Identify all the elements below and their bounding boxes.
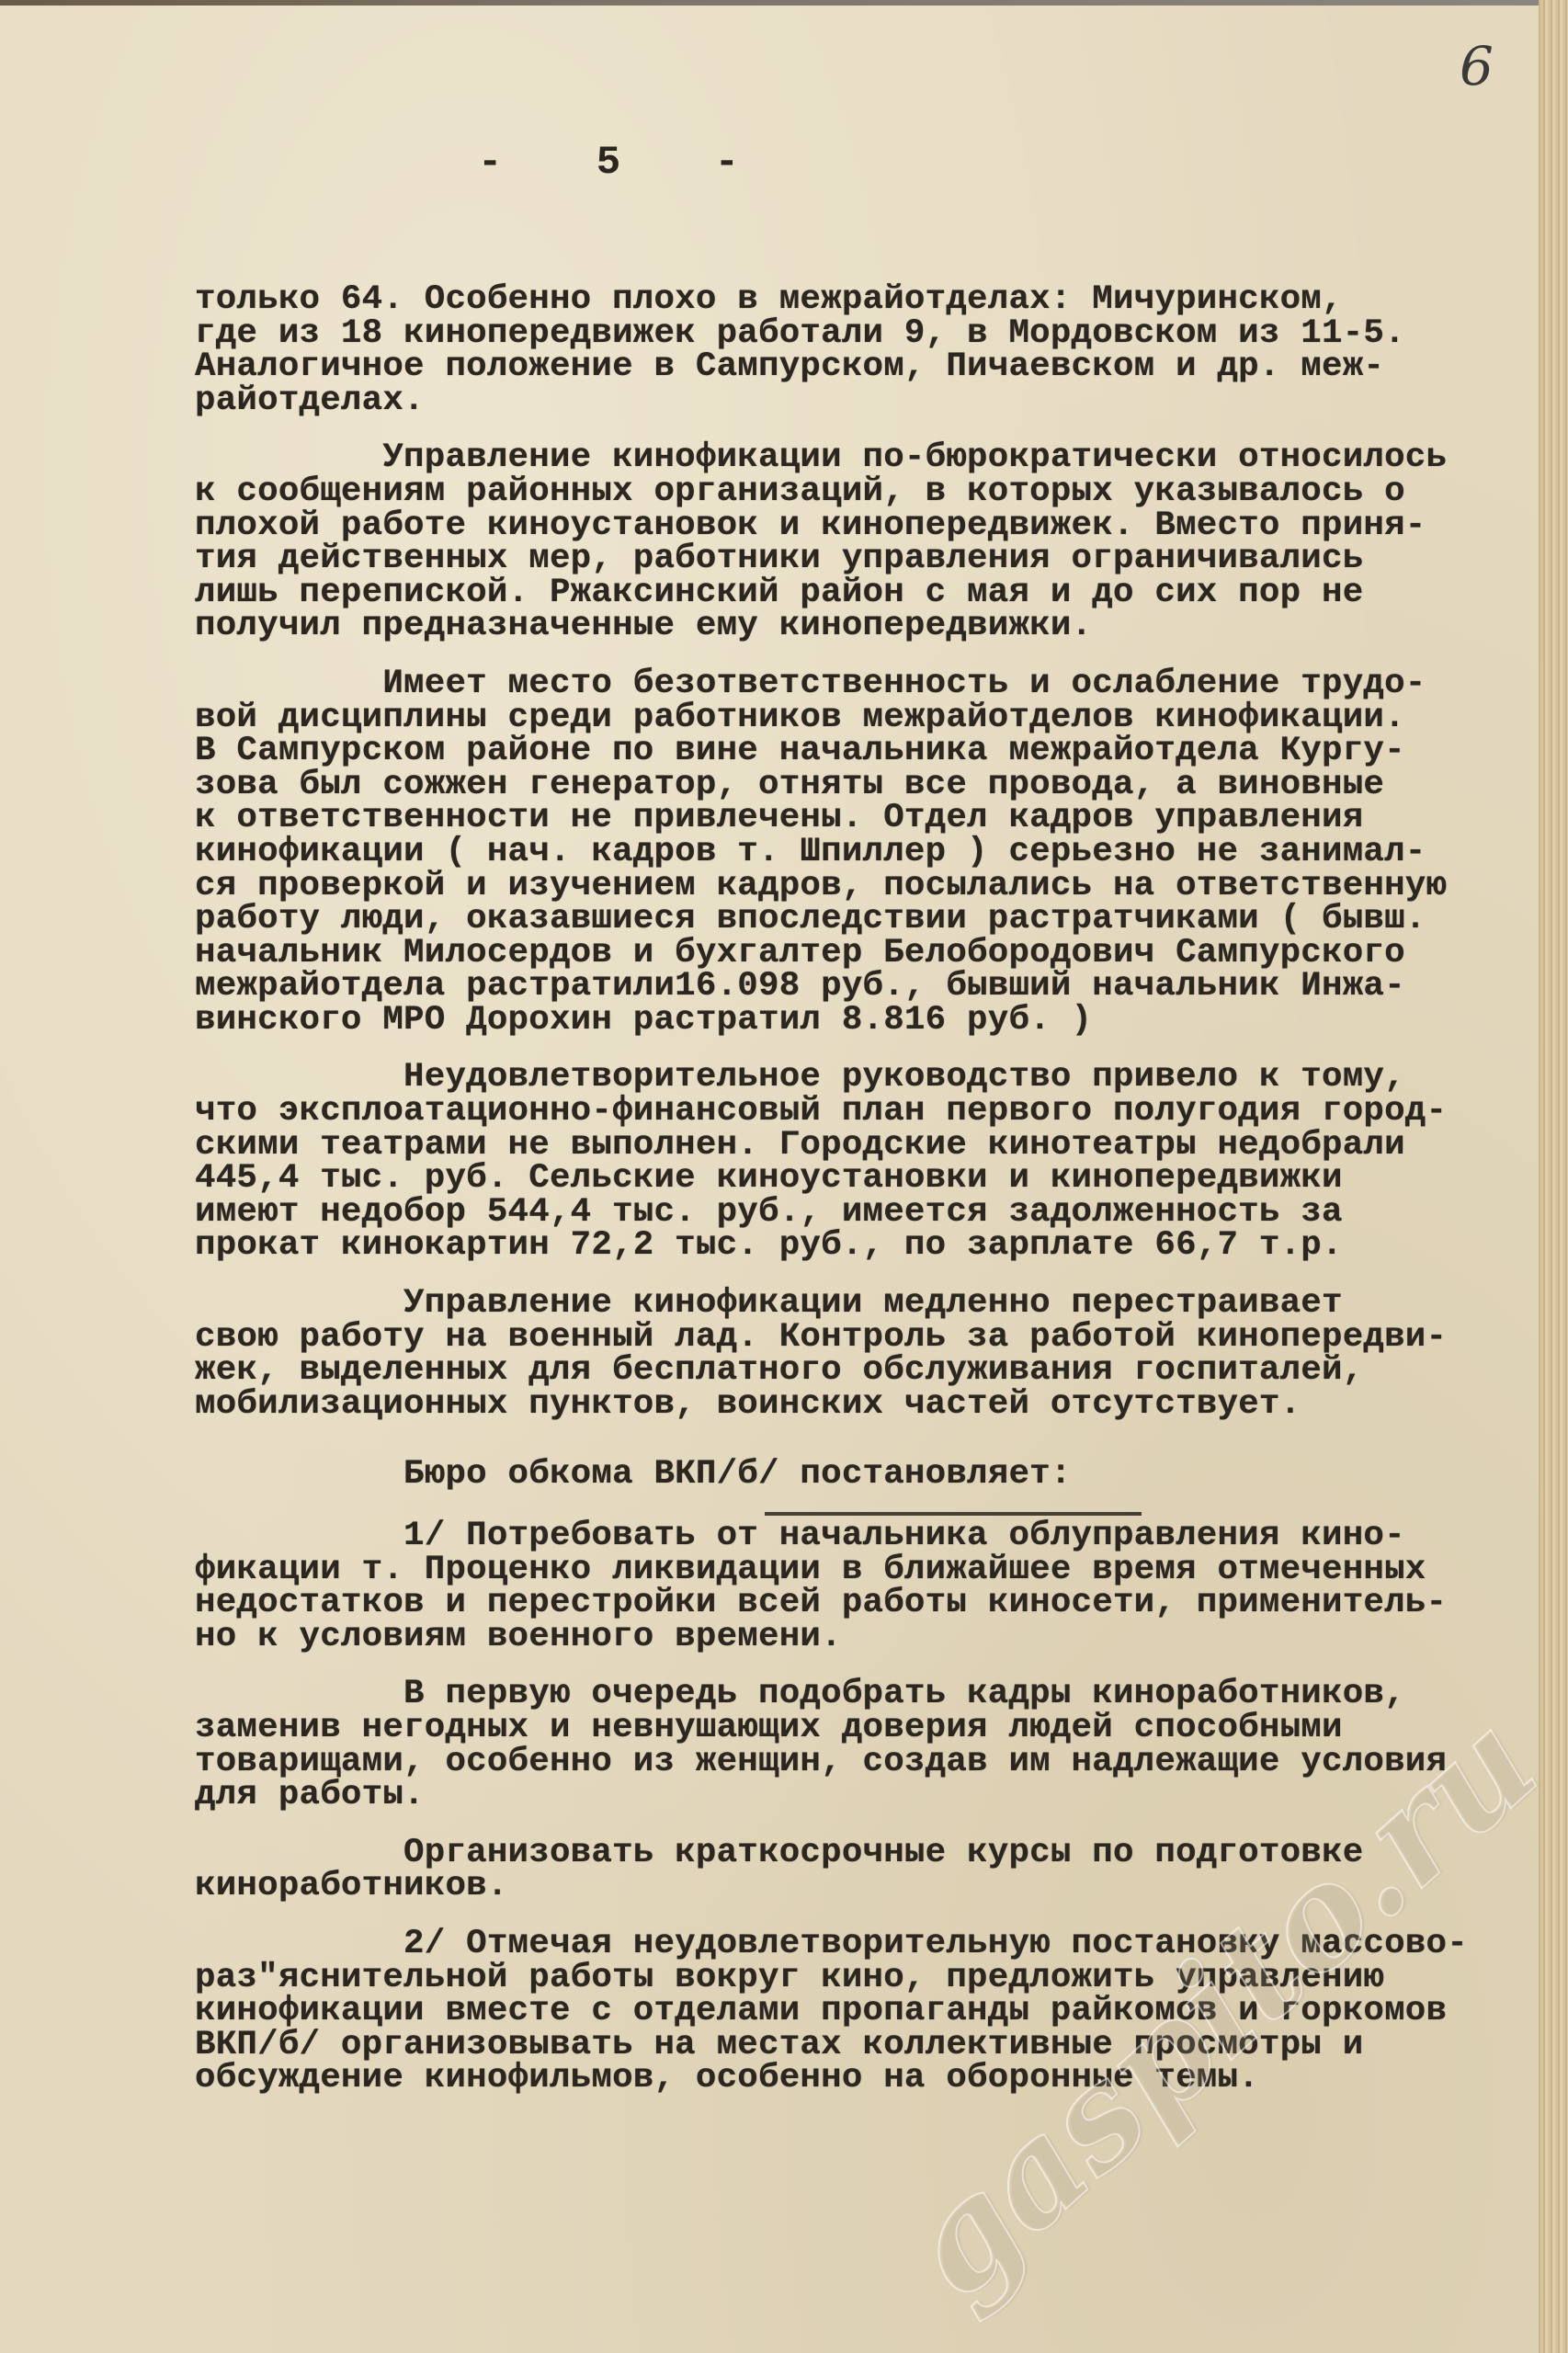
text-line: 445,4 тыс. руб. Сельские киноустановки и… bbox=[195, 1162, 1537, 1196]
text-line: прокат кинокартин 72,2 тыс. руб., по зар… bbox=[195, 1229, 1537, 1263]
text-line: только 64. Особенно плохо в межрайотдела… bbox=[195, 283, 1537, 317]
scan-top-edge bbox=[0, 0, 1568, 6]
text-line: тия действенных мер, работники управлени… bbox=[195, 542, 1537, 576]
text-line: получил предназначенные ему кинопередвиж… bbox=[195, 609, 1537, 643]
paragraph: только 64. Особенно плохо в межрайотдела… bbox=[195, 283, 1537, 417]
text-line: Имеет место безответственность и ослабле… bbox=[195, 667, 1537, 701]
text-line: зова был сожжен генератор, отняты все пр… bbox=[195, 768, 1537, 802]
text-line: Аналогичное положение в Сампурском, Пича… bbox=[195, 350, 1537, 384]
handwritten-folio-number: 6 bbox=[1460, 35, 1494, 97]
paragraph: Управление кинофикации по-бюрократически… bbox=[195, 441, 1537, 643]
text-line: жек, выделенных для бесплатного обслужив… bbox=[195, 1354, 1537, 1388]
paragraph: Имеет место безответственность и ослабле… bbox=[195, 667, 1537, 1038]
scan-right-edge bbox=[1539, 0, 1568, 2353]
text-line: что эксплоатационно-финансовый план перв… bbox=[195, 1095, 1537, 1129]
text-line: лишь перепиской. Ржаксинский район с мая… bbox=[195, 576, 1537, 610]
text-line: к сообщениям районных организаций, в кот… bbox=[195, 475, 1537, 509]
text-line: винского МРО Дорохин растратил 8.816 руб… bbox=[195, 1004, 1537, 1038]
text-line: 1/ Потребовать от начальника облуправлен… bbox=[195, 1519, 1537, 1553]
text-line: В первую очередь подобрать кадры кинораб… bbox=[195, 1677, 1537, 1711]
text-line: имеют недобор 544,4 тыс. руб., имеется з… bbox=[195, 1196, 1537, 1230]
text-line: фикации т. Проценко ликвидации в ближайш… bbox=[195, 1553, 1537, 1587]
text-line: обсуждение кинофильмов, особенно на обор… bbox=[195, 2062, 1537, 2096]
text-line: плохой работе киноустановок и кинопередв… bbox=[195, 509, 1537, 543]
paragraph: Управление кинофикации медленно перестра… bbox=[195, 1287, 1537, 1421]
text-line: ВКП/б/ организовывать на местах коллекти… bbox=[195, 2029, 1537, 2063]
document-page: 6 - 5 - только 64. Особенно плохо в межр… bbox=[0, 0, 1568, 2353]
page-number: - 5 - bbox=[478, 140, 774, 186]
text-line: Неудовлетворительное руководство привело… bbox=[195, 1061, 1537, 1095]
text-line: работу люди, оказавшиеся впоследствии ра… bbox=[195, 903, 1537, 937]
text-line: Управление кинофикации по-бюрократически… bbox=[195, 441, 1537, 475]
resolution-heading: Бюро обкома ВКП/б/ постановляет: bbox=[195, 1458, 1537, 1492]
text-line: мобилизационных пунктов, воинских частей… bbox=[195, 1388, 1537, 1422]
heading-underline bbox=[765, 1512, 1142, 1516]
text-line: ся проверкой и изучением кадров, посылал… bbox=[195, 870, 1537, 904]
paragraph: Неудовлетворительное руководство привело… bbox=[195, 1061, 1537, 1263]
text-line: межрайотдела растратили16.098 руб., бывш… bbox=[195, 970, 1537, 1004]
text-line: но к условиям военного времени. bbox=[195, 1620, 1537, 1654]
text-line: где из 18 кинопередвижек работали 9, в М… bbox=[195, 317, 1537, 351]
text-line: вой дисциплины среди работников межрайот… bbox=[195, 701, 1537, 735]
text-line: товарищами, особенно из женщин, создав и… bbox=[195, 1745, 1537, 1779]
resolution-item: 1/ Потребовать от начальника облуправлен… bbox=[195, 1519, 1537, 1654]
text-line: В Сампурском районе по вине начальника м… bbox=[195, 734, 1537, 768]
text-line: к ответственности не привлечены. Отдел к… bbox=[195, 801, 1537, 835]
text-line: недостатков и перестройки всей работы ки… bbox=[195, 1586, 1537, 1620]
text-line: заменив негодных и невнушающих доверия л… bbox=[195, 1711, 1537, 1745]
text-line: Управление кинофикации медленно перестра… bbox=[195, 1287, 1537, 1321]
text-line: свою работу на военный лад. Контроль за … bbox=[195, 1321, 1537, 1355]
text-line: райотделах. bbox=[195, 384, 1537, 418]
text-line: скими театрами не выполнен. Городские ки… bbox=[195, 1129, 1537, 1163]
text-line: начальник Милосердов и бухгалтер Белобор… bbox=[195, 937, 1537, 971]
text-line: кинофикации ( нач. кадров т. Шпиллер ) с… bbox=[195, 835, 1537, 870]
